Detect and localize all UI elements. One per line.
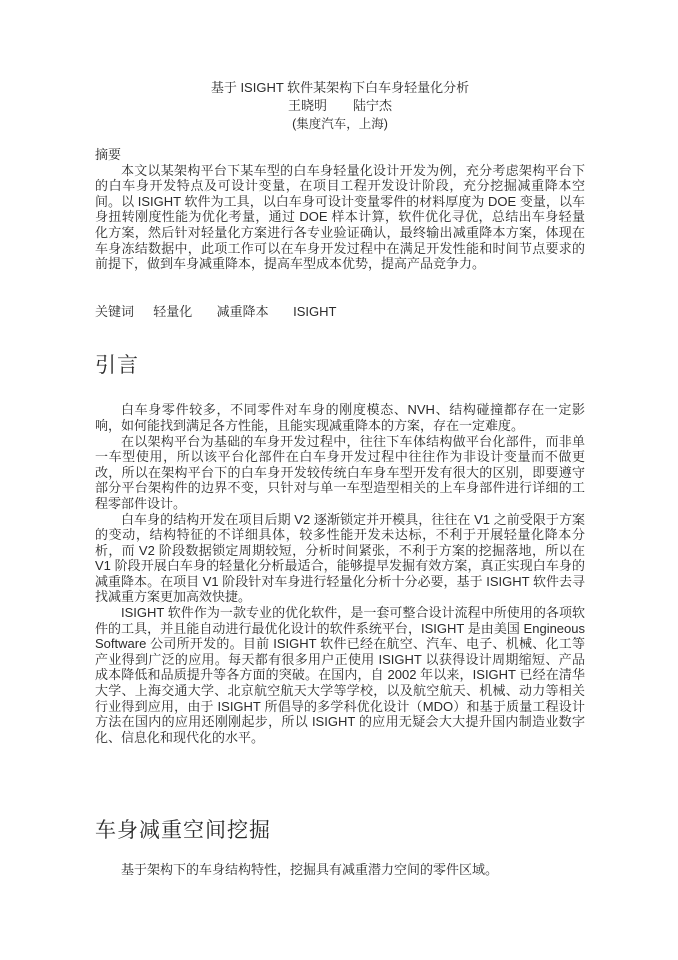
section-heading-introduction: 引言 <box>95 352 585 379</box>
paper-authors: 王晓明 陆宁杰 <box>95 97 585 115</box>
keyword-item: ISIGHT <box>293 304 336 319</box>
abstract-text: 本文以某架构平台下某车型的白车身轻量化设计开发为例，充分考虑架构平台下的白车身开… <box>95 163 585 272</box>
paper-title: 基于 ISIGHT 软件某架构下白车身轻量化分析 <box>95 79 585 97</box>
page-content: 基于 ISIGHT 软件某架构下白车身轻量化分析 王晓明 陆宁杰 (集度汽车，上… <box>0 0 678 878</box>
paper-affiliation: (集度汽车，上海) <box>95 115 585 133</box>
introduction-paragraph: 在以架构平台为基础的车身开发过程中，往往下车体结构做平台化部件，而非单一车型使用… <box>95 434 585 512</box>
introduction-section-body: 白车身零件较多，不同零件对车身的刚度模态、NVH、结构碰撞都存在一定影响，如何能… <box>95 402 585 745</box>
weight-reduction-section-body: 基于架构下的车身结构特性，挖掘具有减重潜力空间的零件区域。 <box>95 862 585 878</box>
keyword-item: 轻量化 <box>153 304 192 319</box>
abstract-label: 摘要 <box>95 147 585 163</box>
keyword-item: 减重降本 <box>217 304 269 319</box>
keywords-label: 关键词 <box>95 304 134 319</box>
body-paragraph: 基于架构下的车身结构特性，挖掘具有减重潜力空间的零件区域。 <box>95 862 585 878</box>
document-page: 基于 ISIGHT 软件某架构下白车身轻量化分析 王晓明 陆宁杰 (集度汽车，上… <box>0 0 678 960</box>
introduction-paragraph: 白车身的结构开发在项目后期 V2 逐渐锁定并开模具，往往在 V1 之前受限于方案… <box>95 512 585 606</box>
keywords-line: 关键词 轻量化 减重降本 ISIGHT <box>95 304 585 320</box>
introduction-paragraph: 白车身零件较多，不同零件对车身的刚度模态、NVH、结构碰撞都存在一定影响，如何能… <box>95 402 585 433</box>
section-heading-weight-reduction: 车身减重空间挖掘 <box>95 817 585 844</box>
introduction-paragraph: ISIGHT 软件作为一款专业的优化软件，是一套可整合设计流程中所使用的各项软件… <box>95 605 585 745</box>
